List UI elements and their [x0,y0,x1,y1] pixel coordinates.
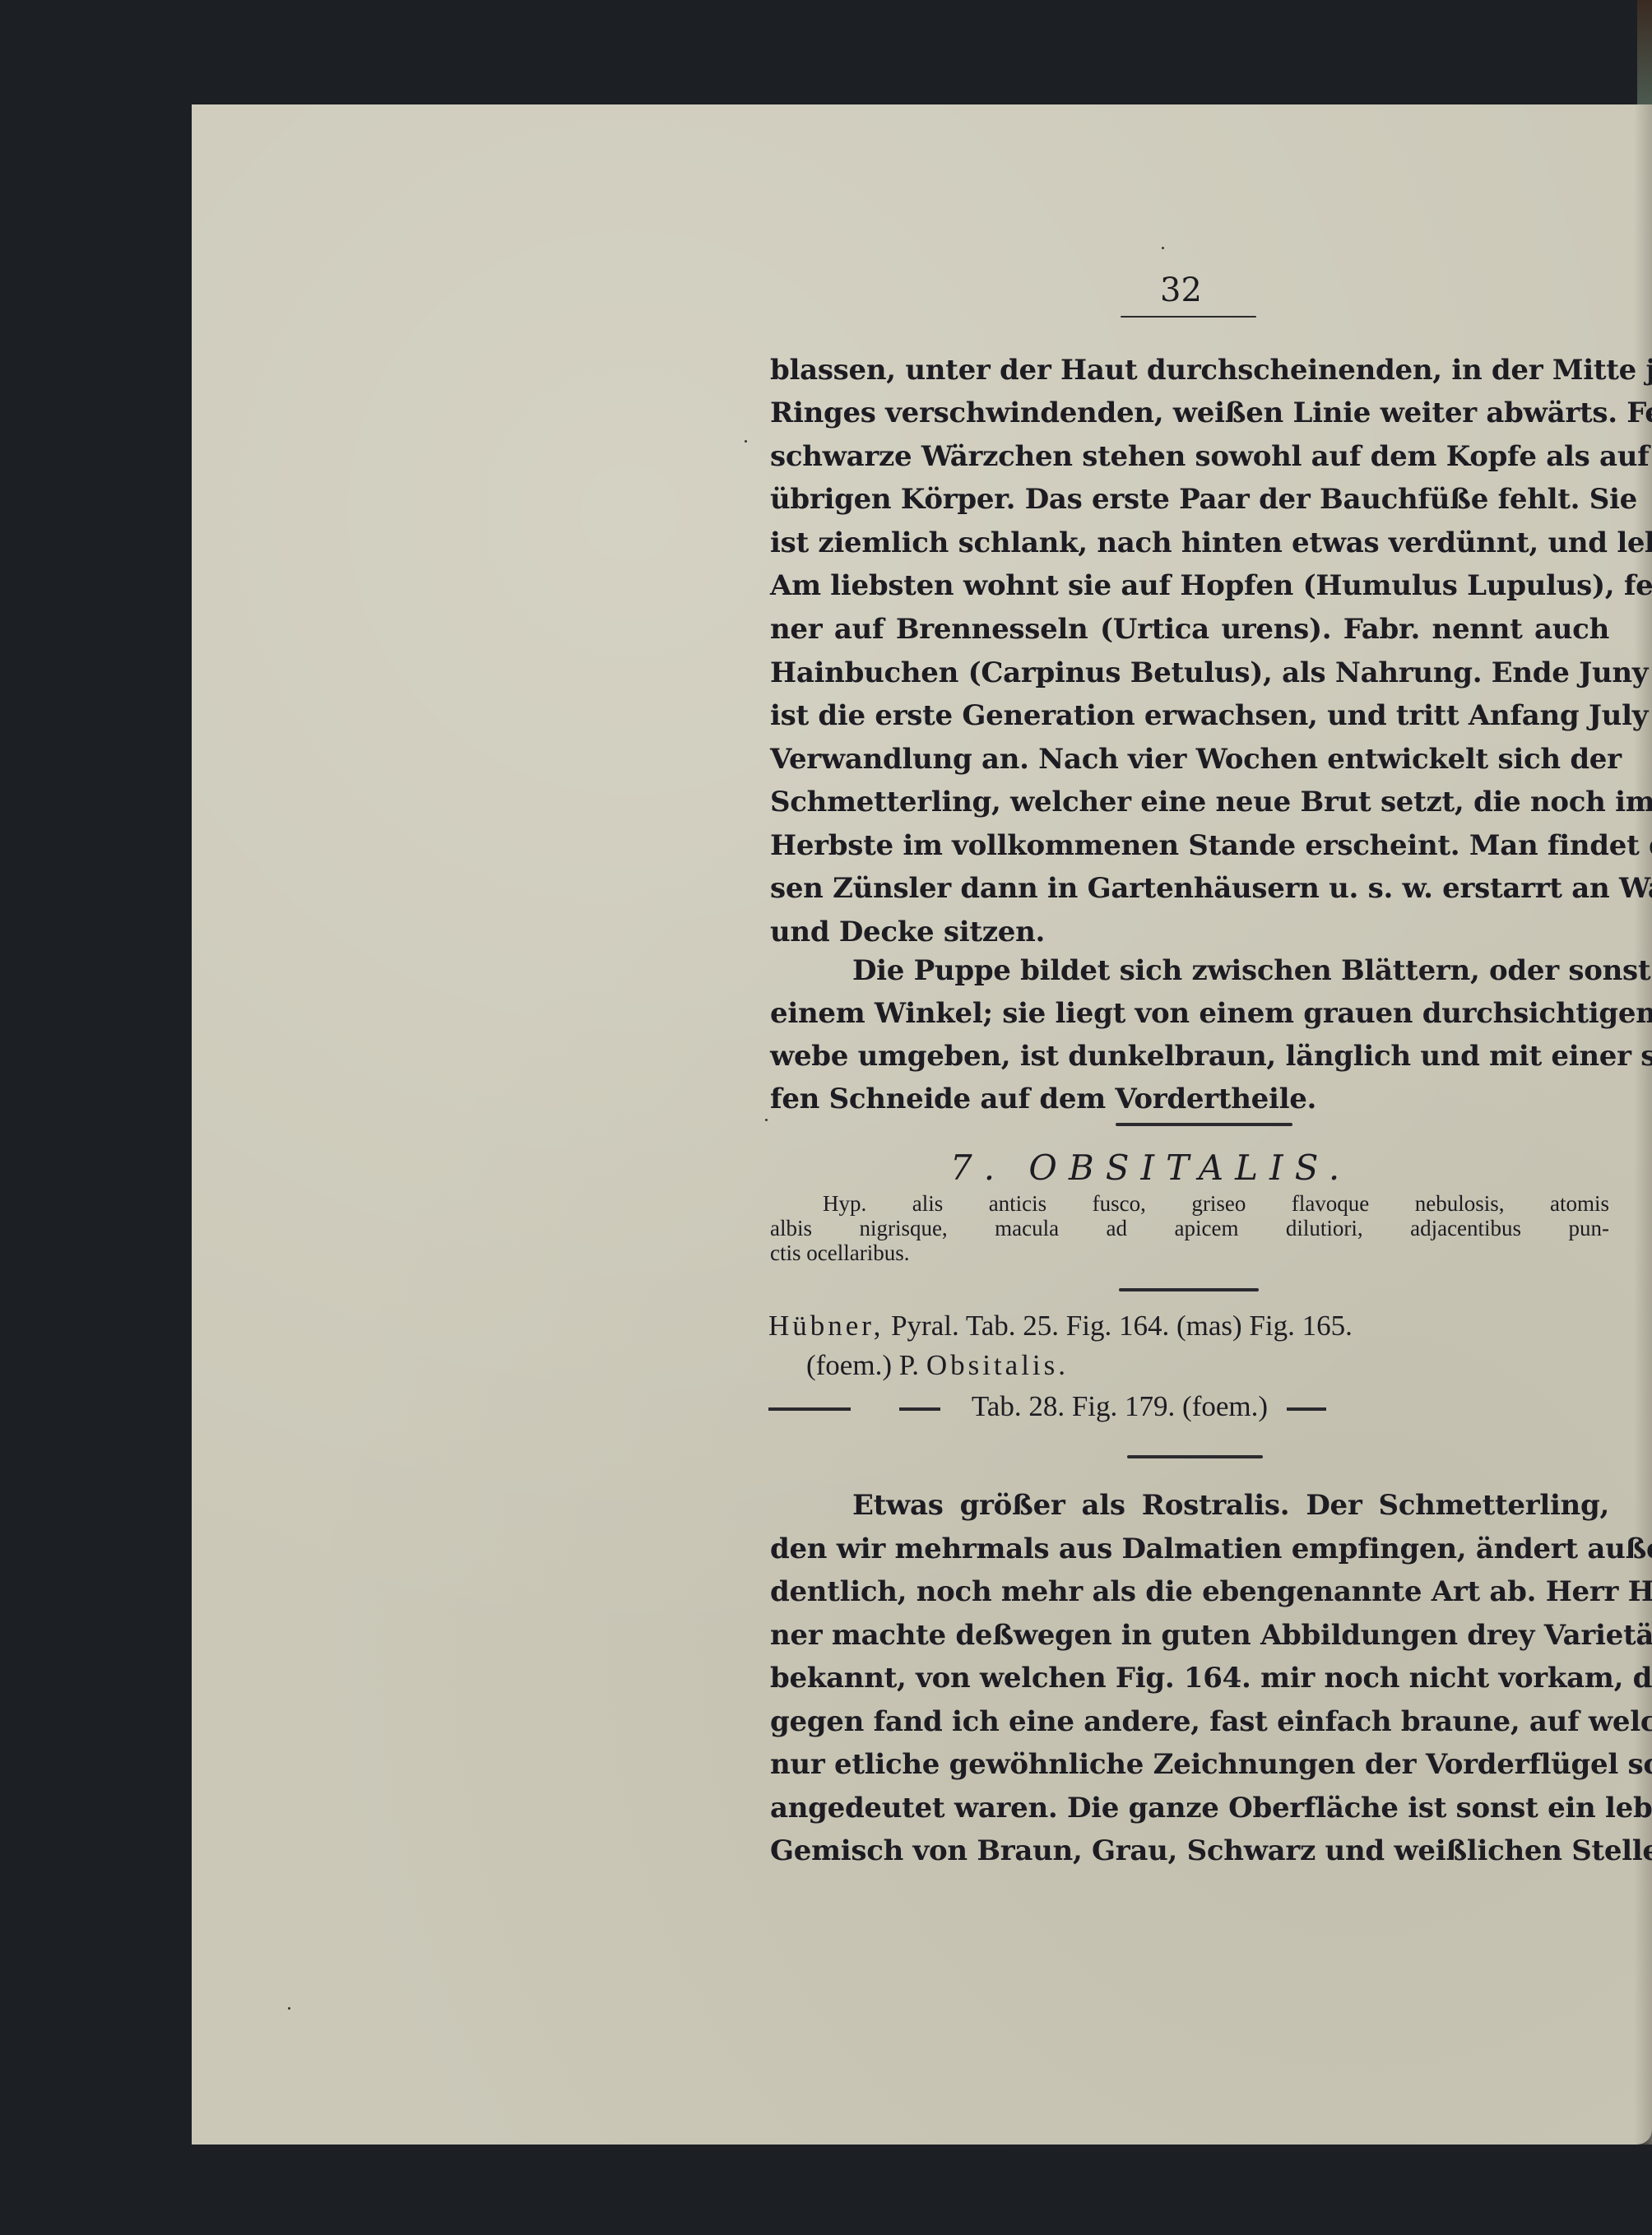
text-line: nur etliche gewöhnliche Zeichnungen der … [770,1748,1609,1781]
text-line: schwarze Wärzchen stehen sowohl auf dem … [770,440,1609,473]
text-line: übrigen Körper. Das erste Paar der Bauch… [770,483,1609,516]
reference-line: (foem.) P. Obsitalis. [806,1349,1069,1382]
reference-citation: Tab. 28. Fig. 179. (foem.) [972,1390,1268,1422]
text-line: sen Zünsler dann in Gartenhäusern u. s. … [770,872,1609,905]
paper-speck [765,1119,768,1121]
text-line: Am liebsten wohnt sie auf Hopfen (Humulu… [770,569,1609,602]
section-rule [1116,1123,1292,1126]
text-line: webe umgeben, ist dunkelbraun, länglich … [770,1040,1609,1073]
paper-speck [745,440,747,443]
reference-line: Hübner, Pyral. Tab. 25. Fig. 164. (mas) … [768,1310,1353,1342]
page-number: 32 [1160,271,1202,309]
header-rule [1121,316,1256,318]
reference-sex: (foem.) P. [806,1349,919,1381]
ditto-dash [899,1407,940,1411]
reference-species-name: Obsitalis. [926,1349,1069,1381]
reference-citation: Pyral. Tab. 25. Fig. 164. (mas) Fig. 165… [891,1310,1353,1342]
text-line: ner machte deßwegen in guten Abbildungen… [770,1619,1609,1652]
paper-speck [1162,247,1164,249]
text-line: und Decke sitzen. [770,916,1609,948]
text-line: Hainbuchen (Carpinus Betulus), als Nahru… [770,656,1609,689]
text-line: ist die erste Generation erwachsen, und … [770,699,1609,732]
text-line: Gemisch von Braun, Grau, Schwarz und wei… [770,1834,1609,1867]
ditto-dash [1287,1407,1326,1411]
text-line: Etwas größer als Rostralis. Der Schmette… [852,1489,1609,1522]
ditto-dash [768,1407,851,1411]
text-line: einem Winkel; sie liegt von einem grauen… [770,997,1609,1030]
latin-line: ctis ocellaribus. [770,1240,1609,1265]
book-cover-corner [1637,0,1652,104]
reference-author: Hübner, [768,1310,884,1342]
latin-line: albis nigrisque, macula ad apicem diluti… [770,1216,1609,1240]
text-line: angedeutet waren. Die ganze Oberfläche i… [770,1792,1609,1825]
text-line: gegen fand ich eine andere, fast einfach… [770,1705,1609,1738]
paper-speck [288,2007,290,2010]
reference-line: Tab. 28. Fig. 179. (foem.) [768,1390,1326,1423]
text-line: Schmetterling, welcher eine neue Brut se… [770,786,1609,818]
text-line: ist ziemlich schlank, nach hinten etwas … [770,526,1609,559]
text-line: Die Puppe bildet sich zwischen Blättern,… [852,954,1609,987]
text-line: Verwandlung an. Nach vier Wochen entwick… [770,743,1609,776]
text-line: fen Schneide auf dem Vordertheile. [770,1083,1609,1115]
text-line: blassen, unter der Haut durchscheinenden… [770,354,1609,387]
section-rule [1119,1288,1259,1291]
text-line: bekannt, von welchen Fig. 164. mir noch … [770,1662,1609,1695]
text-line: Ringes verschwindenden, weißen Linie wei… [770,396,1609,429]
text-line: dentlich, noch mehr als die ebengenannte… [770,1575,1609,1608]
species-heading: 7. OBSITALIS. [950,1148,1351,1188]
latin-line: Hyp. alis anticis fusco, griseo flavoque… [823,1191,1609,1216]
section-rule [1127,1455,1263,1458]
text-line: den wir mehrmals aus Dalmatien empfingen… [770,1533,1609,1565]
text-line: Herbste im vollkommenen Stande erscheint… [770,829,1609,862]
text-line: ner auf Brennesseln (Urtica urens). Fabr… [770,613,1609,646]
